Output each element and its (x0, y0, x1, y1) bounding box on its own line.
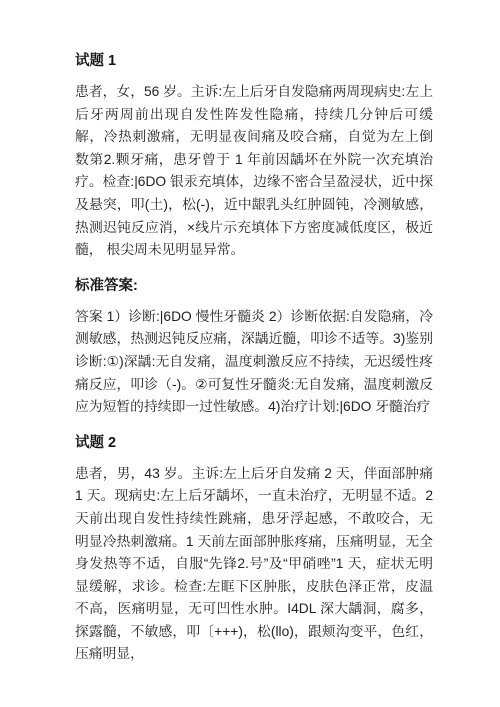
question-1-body: 患者，女，56 岁。主诉:左上后牙自发隐痛两周现病史:左上后牙两周前出现自发性阵… (75, 81, 433, 262)
question-1-heading: 试题 1 (75, 50, 433, 72)
document-page: 试题 1 患者，女，56 岁。主诉:左上后牙自发隐痛两周现病史:左上后牙两周前出… (0, 0, 500, 707)
standard-answer-heading: 标准答案: (75, 275, 433, 297)
standard-answer-body: 答案 1）诊断:|6DO 慢性牙髓炎 2）诊断依据:自发隐痛，冷测敏感，热测迟钝… (75, 306, 433, 419)
question-2-body: 患者，男，43 岁。主诉:左上后牙自发痛 2 天，伴面部肿痛 1 天。现病史:左… (75, 463, 433, 666)
question-2-heading: 试题 2 (75, 432, 433, 454)
